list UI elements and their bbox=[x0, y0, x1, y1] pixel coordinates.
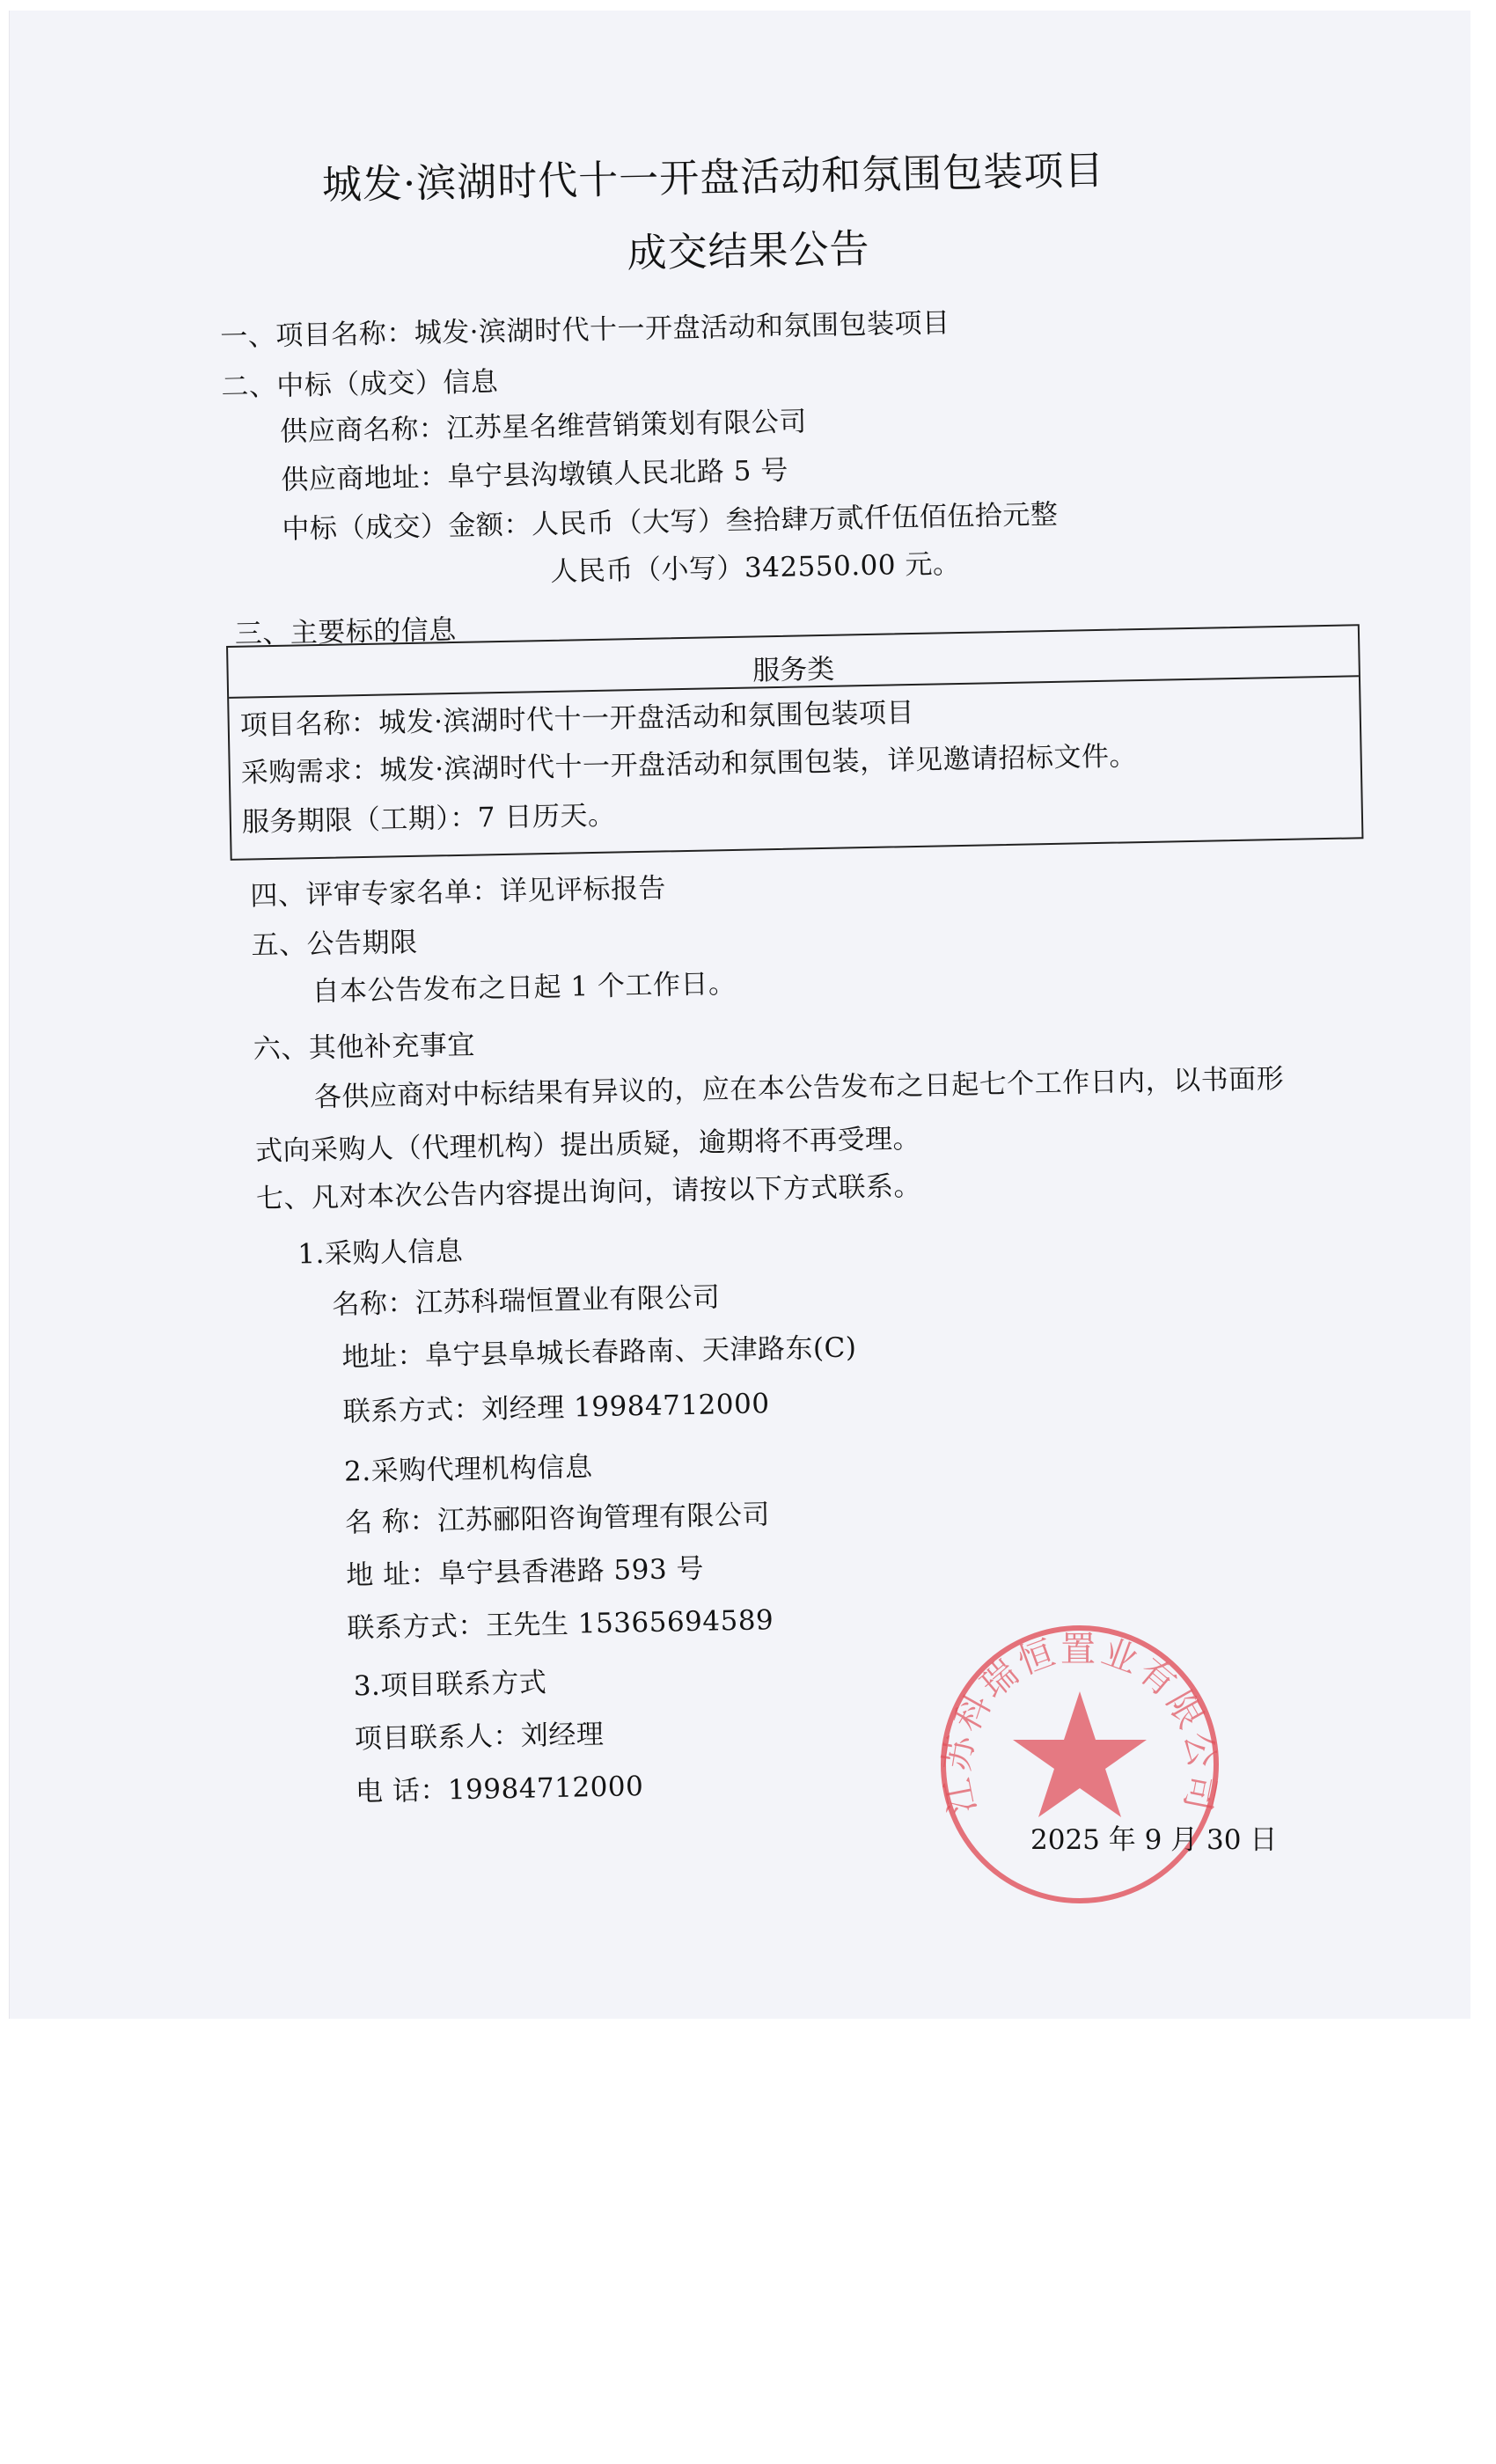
section-6-heading: 六、其他补充事宜 bbox=[253, 1032, 476, 1064]
star-icon bbox=[1013, 1691, 1147, 1817]
supplier-name: 供应商名称：江苏星名维营销策划有限公司 bbox=[280, 408, 807, 445]
section-6-body-line-2: 式向采购人（代理机构）提出质疑，逾期将不再受理。 bbox=[255, 1126, 920, 1166]
table-row-service-period: 服务期限（工期）：7 日历天。 bbox=[242, 803, 616, 837]
agency-contact: 联系方式：王先生 15365694589 bbox=[347, 1607, 774, 1642]
project-contact-person: 项目联系人：刘经理 bbox=[355, 1721, 605, 1753]
purchaser-contact: 联系方式：刘经理 19984712000 bbox=[342, 1390, 769, 1426]
agency-name: 名 称：江苏郦阳咨询管理有限公司 bbox=[345, 1501, 770, 1536]
section-5-body: 自本公告发布之日起 1 个工作日。 bbox=[312, 971, 736, 1006]
section-5-heading: 五、公告期限 bbox=[251, 929, 418, 960]
section-6-body-line-1: 各供应商对中标结果有异议的，应在本公告发布之日起七个工作日内，以书面形 bbox=[314, 1066, 1285, 1111]
official-seal-stamp: 江苏科瑞恒置业有限公司 bbox=[938, 1623, 1221, 1906]
project-contact-phone: 电 话：19984712000 bbox=[356, 1773, 644, 1806]
section-1-project-name: 一、项目名称：城发·滨湖时代十一开盘活动和氛围包装项目 bbox=[220, 310, 950, 351]
purchaser-name: 名称：江苏科瑞恒置业有限公司 bbox=[332, 1284, 721, 1318]
page-content: 城发·滨湖时代十一开盘活动和氛围包装项目 成交结果公告 一、项目名称：城发·滨湖… bbox=[6, 0, 1496, 2038]
section-7-heading: 七、凡对本次公告内容提出询问，请按以下方式联系。 bbox=[256, 1173, 921, 1214]
announcement-date: 2025 年 9 月 30 日 bbox=[1030, 1817, 1277, 1857]
award-amount-upper: 中标（成交）金额：人民币（大写）叁拾肆万贰仟伍佰伍拾元整 bbox=[282, 502, 1058, 544]
supplier-address: 供应商地址：阜宁县沟墩镇人民北路 5 号 bbox=[281, 458, 788, 495]
table-row-project-name: 项目名称：城发·滨湖时代十一开盘活动和氛围包装项目 bbox=[239, 700, 914, 740]
table-row-requirement: 采购需求：城发·滨湖时代十一开盘活动和氛围包装，详见邀请招标文件。 bbox=[241, 743, 1138, 788]
section-2-heading: 二、中标（成交）信息 bbox=[221, 369, 499, 401]
agency-address: 地 址：阜宁县香港路 593 号 bbox=[346, 1556, 704, 1590]
agency-heading: 2.采购代理机构信息 bbox=[344, 1454, 593, 1485]
title-line-1: 城发·滨湖时代十一开盘活动和氛围包装项目 bbox=[322, 150, 1105, 205]
scanned-page: 城发·滨湖时代十一开盘活动和氛围包装项目 成交结果公告 一、项目名称：城发·滨湖… bbox=[9, 11, 1470, 2019]
project-contact-heading: 3.项目联系方式 bbox=[353, 1669, 546, 1700]
purchaser-heading: 1.采购人信息 bbox=[297, 1238, 464, 1269]
section-4-experts: 四、评审专家名单：详见评标报告 bbox=[250, 875, 666, 910]
title-line-2: 成交结果公告 bbox=[627, 229, 870, 273]
table-header-label: 服务类 bbox=[228, 636, 1359, 698]
purchaser-address: 地址：阜宁县阜城长春路南、天津路东(C) bbox=[341, 1334, 856, 1371]
award-amount-lower: 人民币（小写）342550.00 元。 bbox=[550, 551, 961, 586]
subject-info-table: 服务类 项目名称：城发·滨湖时代十一开盘活动和氛围包装项目 采购需求：城发·滨湖… bbox=[226, 624, 1363, 861]
